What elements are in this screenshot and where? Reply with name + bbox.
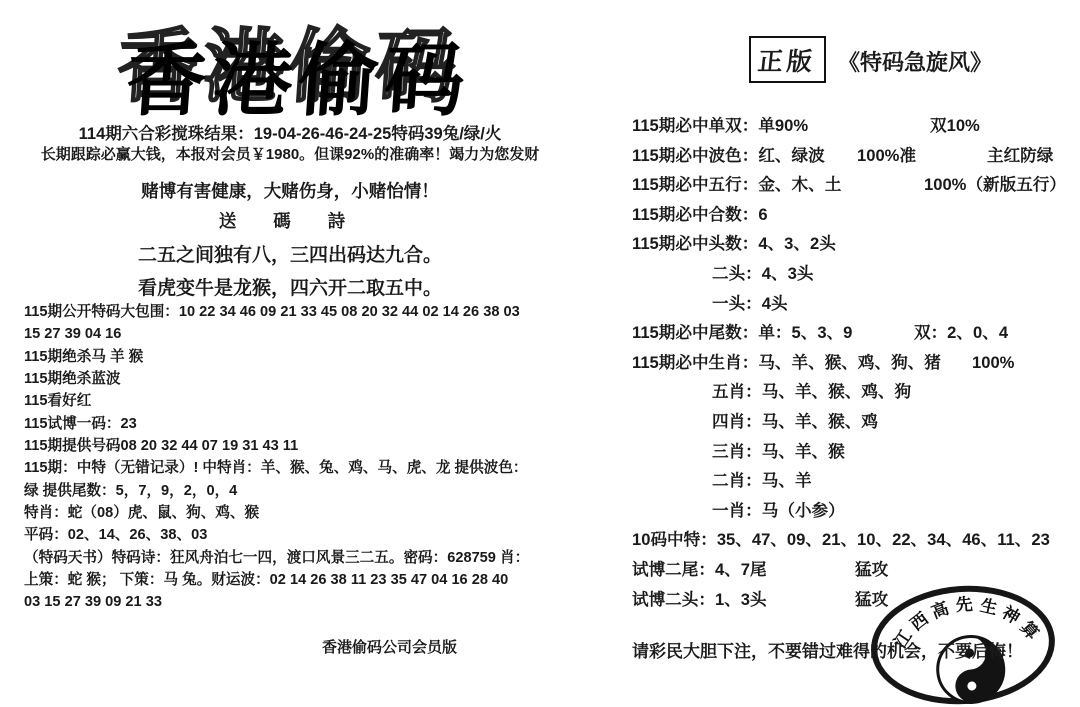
tip-line-favor-red: 115看好红 bbox=[24, 390, 569, 412]
row-trial-tails-main: 试博二尾：4、7尾 bbox=[632, 555, 767, 585]
row-sum-digit: 115期必中合数：6 bbox=[632, 200, 1080, 230]
stamp-char-2: 西 bbox=[904, 605, 933, 635]
right-page: 正版 《特码急旋风》 115期必中单双：单90% 双10% 115期必中波色：红… bbox=[620, 0, 1080, 707]
tip-line-special-zodiac: 115期：中特（无错记录）! 中特肖：羊、猴、兔、鸡、马、虎、龙 提供波色： bbox=[24, 457, 569, 479]
tip-line-kill-blue: 115期绝杀蓝波 bbox=[24, 368, 569, 390]
tip-line-normal-numbers: 平码：02、14、26、38、03 bbox=[24, 524, 569, 546]
row-one-head: 一头：4头 bbox=[632, 289, 1080, 319]
gambling-warning: 赌博有害健康，大赌伤身，小赌怡情！ bbox=[0, 178, 580, 203]
tip-line-special-range: 115期公开特码大包围：10 22 34 46 09 21 33 45 08 2… bbox=[24, 301, 569, 323]
tip-line-strategy-2: 03 15 27 39 09 21 33 bbox=[24, 591, 569, 613]
row-tail-digits-odd: 115期必中尾数：单：5、3、9 bbox=[632, 318, 852, 348]
row-head-digits: 115期必中头数：4、3、2头 bbox=[632, 229, 1080, 259]
row-one-zodiac: 一肖：马（小参） bbox=[632, 496, 1080, 526]
row-five-zodiacs-main: 五肖：马、羊、猴、鸡、狗 bbox=[712, 377, 911, 407]
poem-line-1: 二五之间独有八，三四出码达九合。 bbox=[0, 240, 580, 267]
row-three-zodiacs: 三肖：马、羊、猴 bbox=[632, 437, 1080, 467]
row-two-heads: 二头：4、3头 bbox=[632, 259, 1080, 289]
row-sum-digit-main: 115期必中合数：6 bbox=[632, 200, 768, 230]
poem-line-2: 看虎变牛是龙猴，四六开二取五中。 bbox=[0, 273, 580, 300]
right-page-footer: 请彩民大胆下注，不要错过难得的机会，不要后悔！ bbox=[632, 637, 1023, 662]
tip-line-kill-zodiac: 115期绝杀马 羊 猴 bbox=[24, 346, 569, 368]
row-five-elements-note: 100%（新版五行） bbox=[924, 170, 1066, 200]
lottery-tip-sheet-scan: { "left_page": { "title": "香港偷码", "resul… bbox=[0, 0, 1080, 707]
row-zodiacs-accuracy: 100% bbox=[972, 348, 1014, 378]
row-wave-color: 115期必中波色：红、绿波 100%准 主红防绿 bbox=[632, 141, 1080, 171]
stamp-char-3: 高 bbox=[927, 594, 952, 623]
tip-line-provided-numbers: 115期提供号码08 20 32 44 07 19 31 43 11 bbox=[24, 435, 569, 457]
row-trial-tails: 试博二尾：4、7尾 猛攻 bbox=[632, 555, 1080, 585]
genuine-badge-label: 正版 bbox=[757, 42, 819, 78]
row-odd-even: 115期必中单双：单90% 双10% bbox=[632, 111, 1080, 141]
tips-list: 115期公开特码大包围：10 22 34 46 09 21 33 45 08 2… bbox=[24, 301, 569, 614]
row-trial-heads-action: 猛攻 bbox=[855, 585, 888, 615]
row-two-zodiacs: 二肖：马、羊 bbox=[632, 466, 1080, 496]
row-trial-tails-action: 猛攻 bbox=[855, 555, 888, 585]
row-trial-heads-main: 试博二头：1、3头 bbox=[632, 585, 767, 615]
row-head-digits-main: 115期必中头数：4、3、2头 bbox=[632, 229, 836, 259]
poem-title: 送 碼 詩 bbox=[0, 208, 580, 233]
tip-line-special-range-2: 15 27 39 04 16 bbox=[24, 323, 569, 345]
tip-line-secret-poem: （特码天书）特码诗：狂风舟泊七一四，渡口风景三二五。密码：628759 肖： bbox=[24, 547, 569, 569]
row-two-heads-main: 二头：4、3头 bbox=[712, 259, 813, 289]
row-one-head-main: 一头：4头 bbox=[712, 289, 788, 319]
row-ten-codes-main: 10码中特：35、47、09、21、10、22、34、46、11、23 bbox=[632, 525, 1050, 555]
masthead-title: 香港偷码 香港偷码 bbox=[0, 14, 580, 124]
left-page-footer: 香港偷码公司会员版 bbox=[322, 636, 457, 657]
membership-promo-line: 长期跟踪必赢大钱，本报对会员￥1980。但课92%的准确率！竭力为您发财 bbox=[0, 143, 580, 164]
row-odd-even-secondary: 双10% bbox=[930, 111, 980, 141]
row-zodiacs-main: 115期必中生肖：马、羊、猴、鸡、狗、猪 bbox=[632, 348, 941, 378]
row-zodiacs: 115期必中生肖：马、羊、猴、鸡、狗、猪 100% bbox=[632, 348, 1080, 378]
row-wave-color-note: 主红防绿 bbox=[987, 141, 1053, 171]
stamp-char-4: 先 bbox=[955, 590, 974, 616]
draw-result-line: 114期六合彩搅珠结果：19-04-26-46-24-25特码39兔/绿/火 bbox=[0, 120, 580, 144]
tip-line-special-animals: 特肖：蛇（08）虎、鼠、狗、鸡、猴 bbox=[24, 502, 569, 524]
row-wave-color-accuracy: 100%准 bbox=[857, 141, 916, 171]
tip-line-trial-number: 115试博一码：23 bbox=[24, 413, 569, 435]
row-five-elements: 115期必中五行：金、木、土 100%（新版五行） bbox=[632, 170, 1080, 200]
row-five-zodiacs: 五肖：马、羊、猴、鸡、狗 bbox=[632, 377, 1080, 407]
row-tail-digits-even: 双：2、0、4 bbox=[914, 318, 1008, 348]
row-tail-digits: 115期必中尾数：单：5、3、9 双：2、0、4 bbox=[632, 318, 1080, 348]
left-page: 香港偷码 香港偷码 114期六合彩搅珠结果：19-04-26-46-24-25特… bbox=[0, 0, 580, 707]
right-page-title: 《特码急旋风》 bbox=[838, 46, 992, 77]
stamp-char-5: 生 bbox=[978, 591, 1000, 619]
row-three-zodiacs-main: 三肖：马、羊、猴 bbox=[712, 437, 845, 467]
row-odd-even-main: 115期必中单双：单90% bbox=[632, 111, 808, 141]
row-four-zodiacs: 四肖：马、羊、猴、鸡 bbox=[632, 407, 1080, 437]
tip-line-strategy: 上策：蛇 猴； 下策：马 兔。财运波：02 14 26 38 11 23 35 … bbox=[24, 569, 569, 591]
masthead-title-text: 香港偷码 bbox=[123, 16, 475, 131]
prediction-list: 115期必中单双：单90% 双10% 115期必中波色：红、绿波 100%准 主… bbox=[632, 111, 1080, 614]
row-two-zodiacs-main: 二肖：马、羊 bbox=[712, 466, 812, 496]
row-five-elements-main: 115期必中五行：金、木、土 bbox=[632, 170, 841, 200]
row-ten-codes: 10码中特：35、47、09、21、10、22、34、46、11、23 bbox=[632, 525, 1080, 555]
row-wave-color-main: 115期必中波色：红、绿波 bbox=[632, 141, 825, 171]
genuine-badge: 正版 bbox=[749, 36, 826, 83]
row-one-zodiac-main: 一肖：马（小参） bbox=[712, 496, 845, 526]
tip-line-tails: 绿 提供尾数：5，7，9，2，0，4 bbox=[24, 480, 569, 502]
stamp-char-6: 神 bbox=[998, 598, 1025, 628]
row-four-zodiacs-main: 四肖：马、羊、猴、鸡 bbox=[712, 407, 878, 437]
